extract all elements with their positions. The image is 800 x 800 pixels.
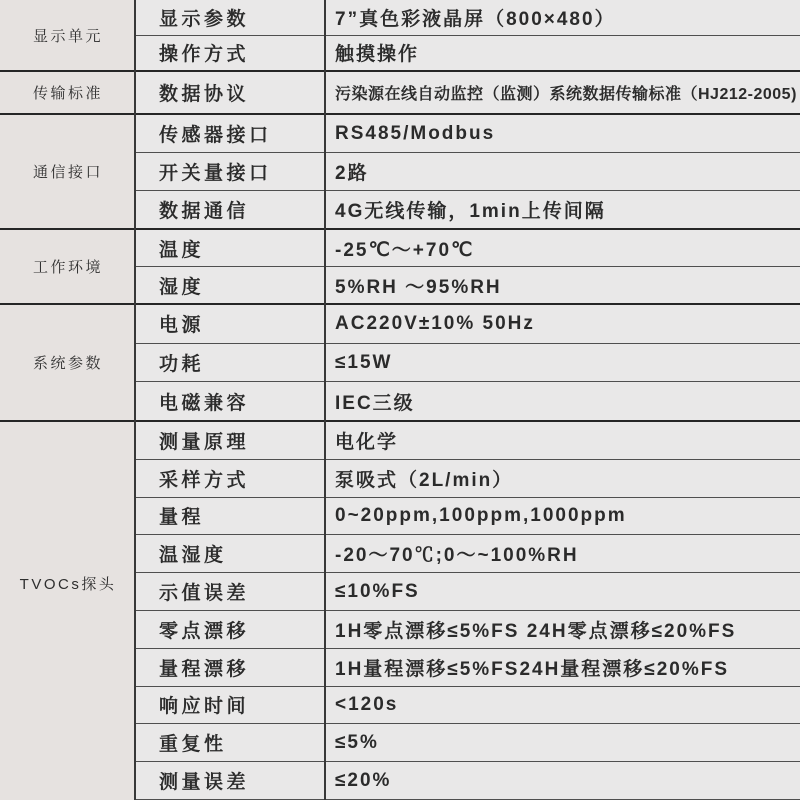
param-cell: 示值误差 [136, 573, 325, 610]
param-cell: 采样方式 [136, 460, 325, 497]
param-cell: 电源 [136, 305, 325, 343]
value-cell: 1H零点漂移≤5%FS 24H零点漂移≤20%FS [325, 611, 800, 648]
param-cell: 湿度 [136, 267, 325, 303]
column-divider-left [134, 0, 136, 800]
value-cell: 7”真色彩液晶屏（800×480） [325, 0, 800, 35]
value-cell: 0~20ppm,100ppm,1000ppm [325, 498, 800, 535]
spec-row: 量程0~20ppm,100ppm,1000ppm [136, 497, 800, 535]
value-cell: 4G无线传输，1min上传间隔 [325, 191, 800, 228]
category-cell: 传输标准 [0, 72, 136, 113]
value-cell: -20～70℃;0～~100%RH [325, 535, 800, 572]
spec-row: 示值误差≤10%FS [136, 572, 800, 610]
value-cell: 触摸操作 [325, 36, 800, 71]
spec-row: 显示参数7”真色彩液晶屏（800×480） [136, 0, 800, 35]
value-cell: 5%RH ～95%RH [325, 267, 800, 303]
value-cell: RS485/Modbus [325, 115, 800, 152]
section-rows: 传感器接口RS485/Modbus开关量接口2路数据通信4G无线传输，1min上… [136, 115, 800, 228]
spec-sections: 显示单元显示参数7”真色彩液晶屏（800×480）操作方式触摸操作传输标准数据协… [0, 0, 800, 800]
spec-row: 采样方式泵吸式（2L/min） [136, 459, 800, 497]
value-cell: ≤10%FS [325, 573, 800, 610]
spec-row: 测量误差≤20% [136, 761, 800, 799]
param-cell: 零点漂移 [136, 611, 325, 648]
section-rows: 数据协议污染源在线自动监控（监测）系统数据传输标准（HJ212-2005) [136, 72, 800, 113]
param-cell: 测量误差 [136, 762, 325, 799]
category-cell: 通信接口 [0, 115, 136, 228]
param-cell: 数据通信 [136, 191, 325, 228]
param-cell: 电磁兼容 [136, 382, 325, 420]
spec-row: 湿度5%RH ～95%RH [136, 266, 800, 303]
param-cell: 量程漂移 [136, 649, 325, 686]
category-cell: 显示单元 [0, 0, 136, 70]
spec-row: 温度-25℃～+70℃ [136, 230, 800, 266]
spec-row: 操作方式触摸操作 [136, 35, 800, 71]
section-rows: 测量原理电化学采样方式泵吸式（2L/min）量程0~20ppm,100ppm,1… [136, 422, 800, 800]
param-cell: 测量原理 [136, 422, 325, 459]
spec-row: 数据通信4G无线传输，1min上传间隔 [136, 190, 800, 228]
value-cell: -25℃～+70℃ [325, 230, 800, 266]
value-cell: 电化学 [325, 422, 800, 459]
spec-row: 温湿度-20～70℃;0～~100%RH [136, 534, 800, 572]
spec-row: 响应时间<120s [136, 686, 800, 724]
spec-section: TVOCs探头测量原理电化学采样方式泵吸式（2L/min）量程0~20ppm,1… [0, 420, 800, 800]
spec-section: 显示单元显示参数7”真色彩液晶屏（800×480）操作方式触摸操作 [0, 0, 800, 70]
value-cell: AC220V±10% 50Hz [325, 305, 800, 343]
param-cell: 显示参数 [136, 0, 325, 35]
spec-section: 系统参数电源AC220V±10% 50Hz功耗≤15W电磁兼容IEC三级 [0, 303, 800, 420]
spec-table: 显示单元显示参数7”真色彩液晶屏（800×480）操作方式触摸操作传输标准数据协… [0, 0, 800, 800]
spec-section: 传输标准数据协议污染源在线自动监控（监测）系统数据传输标准（HJ212-2005… [0, 70, 800, 113]
value-cell: 2路 [325, 153, 800, 190]
param-cell: 响应时间 [136, 687, 325, 724]
value-cell: 污染源在线自动监控（监测）系统数据传输标准（HJ212-2005) [325, 72, 800, 113]
param-cell: 传感器接口 [136, 115, 325, 152]
value-cell: 泵吸式（2L/min） [325, 460, 800, 497]
spec-row: 开关量接口2路 [136, 152, 800, 190]
param-cell: 重复性 [136, 724, 325, 761]
param-cell: 开关量接口 [136, 153, 325, 190]
param-cell: 量程 [136, 498, 325, 535]
spec-row: 数据协议污染源在线自动监控（监测）系统数据传输标准（HJ212-2005) [136, 72, 800, 113]
spec-row: 测量原理电化学 [136, 422, 800, 459]
spec-section: 工作环境温度-25℃～+70℃湿度5%RH ～95%RH [0, 228, 800, 303]
category-cell: TVOCs探头 [0, 422, 136, 800]
value-cell: IEC三级 [325, 382, 800, 420]
param-cell: 温湿度 [136, 535, 325, 572]
category-cell: 工作环境 [0, 230, 136, 303]
category-cell: 系统参数 [0, 305, 136, 420]
param-cell: 数据协议 [136, 72, 325, 113]
spec-row: 功耗≤15W [136, 343, 800, 382]
value-cell: ≤15W [325, 344, 800, 382]
spec-row: 传感器接口RS485/Modbus [136, 115, 800, 152]
spec-row: 量程漂移1H量程漂移≤5%FS24H量程漂移≤20%FS [136, 648, 800, 686]
column-divider-right [324, 0, 326, 800]
section-rows: 温度-25℃～+70℃湿度5%RH ～95%RH [136, 230, 800, 303]
value-cell: ≤5% [325, 724, 800, 761]
section-rows: 电源AC220V±10% 50Hz功耗≤15W电磁兼容IEC三级 [136, 305, 800, 420]
spec-row: 重复性≤5% [136, 723, 800, 761]
spec-row: 零点漂移1H零点漂移≤5%FS 24H零点漂移≤20%FS [136, 610, 800, 648]
spec-row: 电磁兼容IEC三级 [136, 381, 800, 420]
spec-row: 电源AC220V±10% 50Hz [136, 305, 800, 343]
param-cell: 操作方式 [136, 36, 325, 71]
value-cell: 1H量程漂移≤5%FS24H量程漂移≤20%FS [325, 649, 800, 686]
param-cell: 功耗 [136, 344, 325, 382]
value-cell: <120s [325, 687, 800, 724]
value-cell: ≤20% [325, 762, 800, 799]
section-rows: 显示参数7”真色彩液晶屏（800×480）操作方式触摸操作 [136, 0, 800, 70]
param-cell: 温度 [136, 230, 325, 266]
spec-section: 通信接口传感器接口RS485/Modbus开关量接口2路数据通信4G无线传输，1… [0, 113, 800, 228]
